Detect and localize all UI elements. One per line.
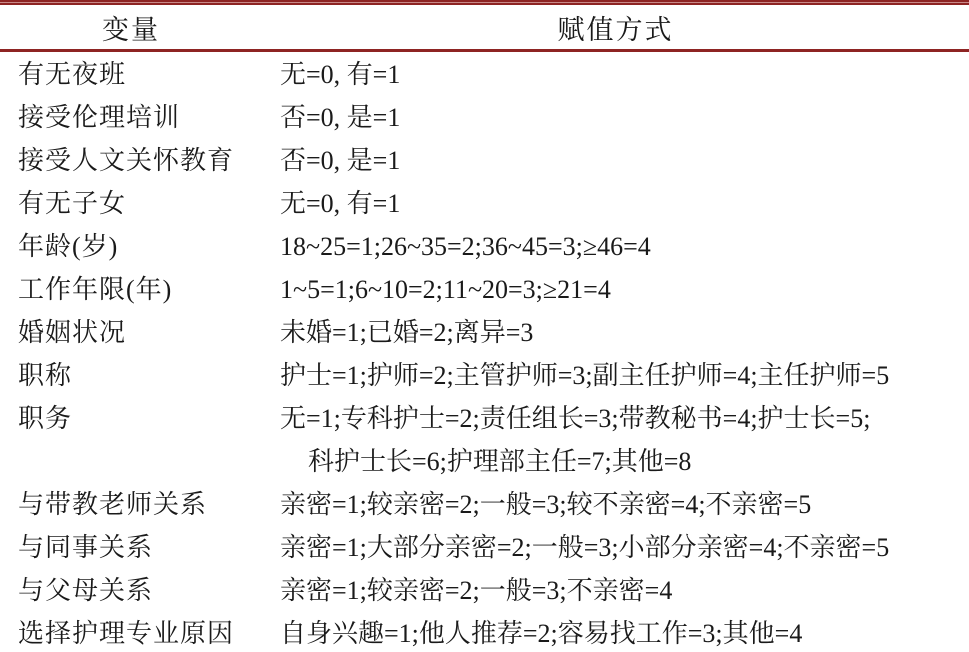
value-line: 自身兴趣=1;他人推荐=2;容易找工作=3;其他=4 xyxy=(280,612,969,652)
variable-cell: 婚姻状况 xyxy=(0,311,262,354)
header-cell-variable: 变量 xyxy=(0,8,262,47)
variable-cell: 与同事关系 xyxy=(0,526,262,569)
table-row: 选择护理专业原因 自身兴趣=1;他人推荐=2;容易找工作=3;其他=4 xyxy=(0,612,969,652)
table-row: 与父母关系 亲密=1;较亲密=2;一般=3;不亲密=4 xyxy=(0,569,969,612)
table-row: 有无夜班 无=0, 有=1 xyxy=(0,53,969,96)
value-line: 18~25=1;26~35=2;36~45=3;≥46=4 xyxy=(280,225,969,268)
table-row: 工作年限(年) 1~5=1;6~10=2;11~20=3;≥21=4 xyxy=(0,268,969,311)
variable-cell: 接受伦理培训 xyxy=(0,96,262,139)
value-cell: 无=0, 有=1 xyxy=(262,182,969,225)
value-line: 无=1;专科护士=2;责任组长=3;带教秘书=4;护士长=5; xyxy=(280,397,969,440)
value-line-2: 科护士长=6;护理部主任=7;其他=8 xyxy=(280,440,969,483)
value-line: 否=0, 是=1 xyxy=(280,96,969,139)
variable-cell: 职务 xyxy=(0,397,262,483)
header-cell-assignment: 赋值方式 xyxy=(262,8,969,47)
value-cell: 1~5=1;6~10=2;11~20=3;≥21=4 xyxy=(262,268,969,311)
variable-cell: 年龄(岁) xyxy=(0,225,262,268)
variable-cell: 接受人文关怀教育 xyxy=(0,139,262,182)
value-line: 否=0, 是=1 xyxy=(280,139,969,182)
value-line: 亲密=1;较亲密=2;一般=3;不亲密=4 xyxy=(280,569,969,612)
value-line: 无=0, 有=1 xyxy=(280,53,969,96)
value-cell: 亲密=1;较亲密=2;一般=3;不亲密=4 xyxy=(262,569,969,612)
variable-cell: 选择护理专业原因 xyxy=(0,612,262,652)
value-line: 亲密=1;较亲密=2;一般=3;较不亲密=4;不亲密=5 xyxy=(280,483,969,526)
variable-cell: 有无夜班 xyxy=(0,53,262,96)
table-row: 有无子女 无=0, 有=1 xyxy=(0,182,969,225)
variable-cell: 职称 xyxy=(0,354,262,397)
value-cell: 未婚=1;已婚=2;离异=3 xyxy=(262,311,969,354)
variable-cell: 与带教老师关系 xyxy=(0,483,262,526)
value-cell: 无=1;专科护士=2;责任组长=3;带教秘书=4;护士长=5; 科护士长=6;护… xyxy=(262,397,969,483)
value-line: 未婚=1;已婚=2;离异=3 xyxy=(280,311,969,354)
table-row: 接受伦理培训 否=0, 是=1 xyxy=(0,96,969,139)
table-row: 职务 无=1;专科护士=2;责任组长=3;带教秘书=4;护士长=5; 科护士长=… xyxy=(0,397,969,483)
value-line: 亲密=1;大部分亲密=2;一般=3;小部分亲密=4;不亲密=5 xyxy=(280,526,969,569)
table-row: 与带教老师关系 亲密=1;较亲密=2;一般=3;较不亲密=4;不亲密=5 xyxy=(0,483,969,526)
variable-cell: 有无子女 xyxy=(0,182,262,225)
value-cell: 无=0, 有=1 xyxy=(262,53,969,96)
value-cell: 自身兴趣=1;他人推荐=2;容易找工作=3;其他=4 xyxy=(262,612,969,652)
table-row: 婚姻状况 未婚=1;已婚=2;离异=3 xyxy=(0,311,969,354)
table-header-row: 变量 赋值方式 xyxy=(0,5,969,49)
value-cell: 亲密=1;大部分亲密=2;一般=3;小部分亲密=4;不亲密=5 xyxy=(262,526,969,569)
value-cell: 护士=1;护师=2;主管护师=3;副主任护师=4;主任护师=5 xyxy=(262,354,969,397)
value-cell: 否=0, 是=1 xyxy=(262,96,969,139)
table-row: 职称 护士=1;护师=2;主管护师=3;副主任护师=4;主任护师=5 xyxy=(0,354,969,397)
table-row: 年龄(岁) 18~25=1;26~35=2;36~45=3;≥46=4 xyxy=(0,225,969,268)
table-body: 有无夜班 无=0, 有=1 接受伦理培训 否=0, 是=1 接受人文关怀教育 否… xyxy=(0,52,969,652)
paper-table-page: 变量 赋值方式 有无夜班 无=0, 有=1 接受伦理培训 否=0, 是=1 接受… xyxy=(0,0,969,652)
value-cell: 否=0, 是=1 xyxy=(262,139,969,182)
table-row: 接受人文关怀教育 否=0, 是=1 xyxy=(0,139,969,182)
value-line: 无=0, 有=1 xyxy=(280,182,969,225)
variable-cell: 工作年限(年) xyxy=(0,268,262,311)
table-row: 与同事关系 亲密=1;大部分亲密=2;一般=3;小部分亲密=4;不亲密=5 xyxy=(0,526,969,569)
value-cell: 亲密=1;较亲密=2;一般=3;较不亲密=4;不亲密=5 xyxy=(262,483,969,526)
value-line: 护士=1;护师=2;主管护师=3;副主任护师=4;主任护师=5 xyxy=(280,354,969,397)
variable-cell: 与父母关系 xyxy=(0,569,262,612)
value-cell: 18~25=1;26~35=2;36~45=3;≥46=4 xyxy=(262,225,969,268)
value-line: 1~5=1;6~10=2;11~20=3;≥21=4 xyxy=(280,268,969,311)
